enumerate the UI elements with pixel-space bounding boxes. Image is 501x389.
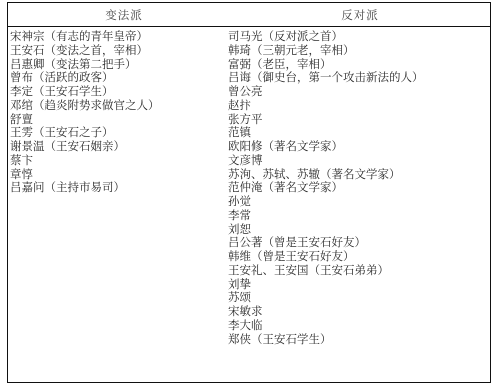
list-item: 韩维（曾是王安石好友） — [228, 250, 424, 264]
list-item: 章惇 — [10, 168, 160, 182]
factions-table: 变法派 反对派 宋神宗（有志的青年皇帝） 王安石（变法之首，宰相） 吕惠卿（变法… — [7, 2, 491, 383]
list-item: 曾布（活跃的政客） — [10, 71, 160, 85]
list-item: 孙觉 — [228, 195, 424, 209]
list-item: 刘恕 — [228, 223, 424, 237]
list-item: 王安礼、王安国（王安石弟弟） — [228, 264, 424, 278]
list-item: 张方平 — [228, 113, 424, 127]
list-item: 李定（王安石学生） — [10, 85, 160, 99]
list-item: 欧阳修（著名文学家） — [228, 140, 424, 154]
list-item: 刘挚 — [228, 278, 424, 292]
list-item: 舒亶 — [10, 113, 160, 127]
list-item: 文彦博 — [228, 154, 424, 168]
list-item: 宋神宗（有志的青年皇帝） — [10, 30, 160, 44]
list-item: 吕诲（御史台，第一个攻击新法的人） — [228, 71, 424, 85]
header-divider — [8, 26, 490, 27]
header-opposition-party: 反对派 — [330, 7, 390, 23]
header-reform-party: 变法派 — [94, 7, 154, 23]
list-item: 富弼（老臣，宰相） — [228, 58, 424, 72]
list-item: 苏洵、苏轼、苏辙（著名文学家） — [228, 168, 424, 182]
list-item: 谢景温（王安石姻亲） — [10, 140, 160, 154]
list-item: 王雱（王安石之子） — [10, 126, 160, 140]
list-item: 范仲淹（著名文学家） — [228, 181, 424, 195]
list-item: 李常 — [228, 209, 424, 223]
list-item: 苏颂 — [228, 291, 424, 305]
list-item: 宋敏求 — [228, 305, 424, 319]
list-item: 赵抃 — [228, 99, 424, 113]
list-item: 范镇 — [228, 126, 424, 140]
opposition-party-list: 司马光（反对派之首） 韩琦（三朝元老，宰相） 富弼（老臣，宰相） 吕诲（御史台，… — [228, 30, 424, 346]
list-item: 吕嘉问（主持市易司） — [10, 181, 160, 195]
list-item: 王安石（变法之首，宰相） — [10, 44, 160, 58]
list-item: 吕惠卿（变法第二把手） — [10, 58, 160, 72]
list-item: 韩琦（三朝元老，宰相） — [228, 44, 424, 58]
reform-party-list: 宋神宗（有志的青年皇帝） 王安石（变法之首，宰相） 吕惠卿（变法第二把手） 曾布… — [10, 30, 160, 195]
list-item: 蔡卞 — [10, 154, 160, 168]
list-item: 司马光（反对派之首） — [228, 30, 424, 44]
list-item: 曾公亮 — [228, 85, 424, 99]
list-item: 李大临 — [228, 319, 424, 333]
list-item: 吕公著（曾是王安石好友） — [228, 236, 424, 250]
list-item: 郑侠（王安石学生） — [228, 333, 424, 347]
list-item: 邓绾（趋炎附势求做官之人） — [10, 99, 160, 113]
